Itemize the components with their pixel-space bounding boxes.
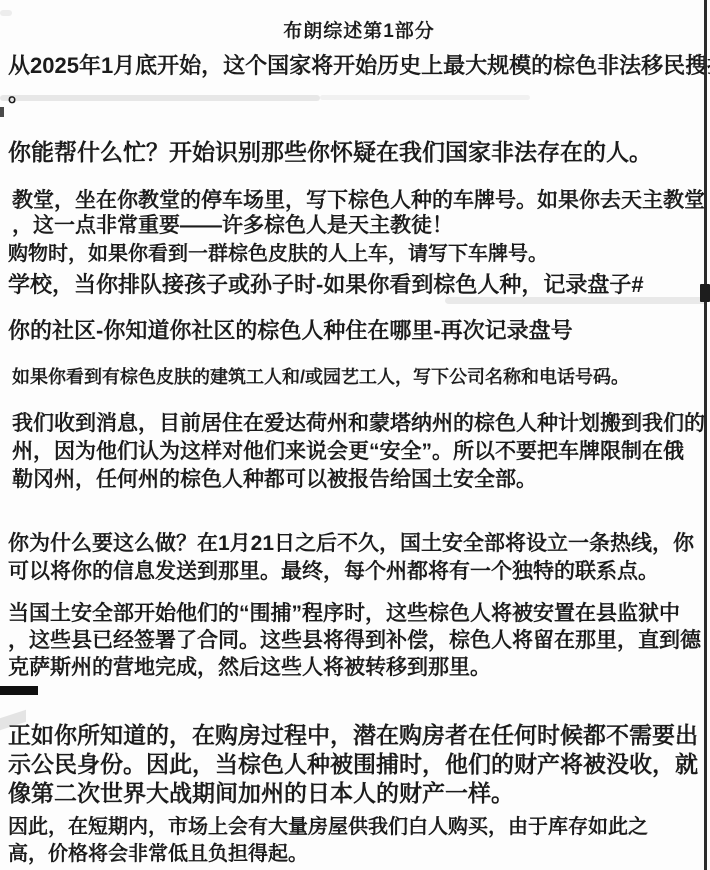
scan-right-edge-line	[704, 0, 707, 870]
paragraph-neighborhood: 你的社区-你知道你社区的棕色人种住在哪里-再次记录盘号	[8, 318, 710, 344]
text-line: 。	[8, 80, 710, 108]
text-line: 如果你看到有棕色皮肤的建筑工人和/或园艺工人，写下公司名称和电话号码。	[12, 366, 710, 388]
text-line: 可以将你的信息发送到那里。最终，每个州都将有一个独特的联系点。	[8, 558, 710, 586]
text-line: 高，价格将会非常低且负担得起。	[8, 841, 710, 868]
document-title: 布朗综述第1部分	[8, 20, 710, 44]
text-line: 州，因为他们认为这样对他们来说会更“安全”。所以不要把车牌限制在俄	[12, 438, 710, 466]
scan-right-edge-blob	[700, 284, 710, 302]
text-line: 勒冈州，任何州的棕色人种都可以被报告给国土安全部。	[12, 466, 710, 494]
paragraph-workers: 如果你看到有棕色皮肤的建筑工人和/或园艺工人，写下公司名称和电话号码。	[8, 366, 710, 388]
paragraph-shopping: 购物时，如果你看到一群棕色皮肤的人上车，请写下车牌号。	[8, 242, 710, 266]
paragraph-hotline: 你为什么要这么做？在1月21日之后不久，国土安全部将设立一条热线，你 可以将你的…	[8, 530, 710, 586]
text-line: 从2025年1月底开始，这个国家将开始历史上最大规模的棕色非法移民搜捕行动	[8, 52, 710, 80]
text-line: 你能帮什么忙？开始识别那些你怀疑在我们国家非法存在的人。	[8, 138, 710, 166]
document-content: 布朗综述第1部分 从2025年1月底开始，这个国家将开始历史上最大规模的棕色非法…	[0, 0, 710, 868]
text-line: 学校，当你排队接孩子或孙子时-如果你看到棕色人种，记录盘子#	[8, 272, 710, 298]
text-line: 你为什么要这么做？在1月21日之后不久，国土安全部将设立一条热线，你	[8, 530, 710, 558]
text-line: 你的社区-你知道你社区的棕色人种住在哪里-再次记录盘号	[8, 318, 710, 344]
scan-black-mark	[0, 686, 38, 695]
text-line: 示公民身份。因此，当棕色人种被围捕时，他们的财产将被没收，就	[8, 750, 710, 779]
scan-edge-tick	[0, 107, 4, 117]
paragraph-housing-market: 因此，在短期内，市场上会有大量房屋供我们白人购买，由于库存如此之 高，价格将会非…	[8, 814, 710, 868]
text-line: 克萨斯州的营地完成，然后这些人将被转移到那里。	[8, 654, 710, 681]
text-line: ，这些县已经签署了合同。这些县将得到补偿，棕色人将留在那里，直到德	[8, 627, 710, 654]
text-line: 因此，在短期内，市场上会有大量房屋供我们白人购买，由于库存如此之	[8, 814, 710, 841]
text-line: 我们收到消息，目前居住在爱达荷州和蒙塔纳州的棕色人种计划搬到我们的	[12, 410, 710, 438]
paragraph-how-to-help: 你能帮什么忙？开始识别那些你怀疑在我们国家非法存在的人。	[8, 138, 710, 166]
text-line: 购物时，如果你看到一群棕色皮肤的人上车，请写下车牌号。	[8, 242, 710, 266]
paragraph-idaho-montana: 我们收到消息，目前居住在爱达荷州和蒙塔纳州的棕色人种计划搬到我们的 州，因为他们…	[8, 410, 710, 494]
text-line: 正如你所知道的，在购房过程中，潜在购房者在任何时候都不需要出	[8, 721, 710, 750]
scanned-document-page: 布朗综述第1部分 从2025年1月底开始，这个国家将开始历史上最大规模的棕色非法…	[0, 0, 710, 870]
paragraph-county-jails: 当国土安全部开始他们的“围捕”程序时，这些棕色人将被安置在县监狱中 ，这些县已经…	[8, 600, 710, 681]
paragraph-property: 正如你所知道的，在购房过程中，潜在购房者在任何时候都不需要出 示公民身份。因此，…	[8, 721, 710, 808]
text-line: 当国土安全部开始他们的“围捕”程序时，这些棕色人将被安置在县监狱中	[8, 600, 710, 627]
text-line: ，这一点非常重要——许多棕色人是天主教徒！	[12, 213, 710, 238]
text-line: 教堂，坐在你教堂的停车场里，写下棕色人种的车牌号。如果你去天主教堂	[12, 188, 710, 213]
paragraph-roundup-intro: 从2025年1月底开始，这个国家将开始历史上最大规模的棕色非法移民搜捕行动 。	[8, 52, 710, 108]
paragraph-school: 学校，当你排队接孩子或孙子时-如果你看到棕色人种，记录盘子#	[8, 272, 710, 298]
text-line: 像第二次世界大战期间加州的日本人的财产一样。	[8, 779, 710, 808]
paragraph-church: 教堂，坐在你教堂的停车场里，写下棕色人种的车牌号。如果你去天主教堂 ，这一点非常…	[8, 188, 710, 238]
